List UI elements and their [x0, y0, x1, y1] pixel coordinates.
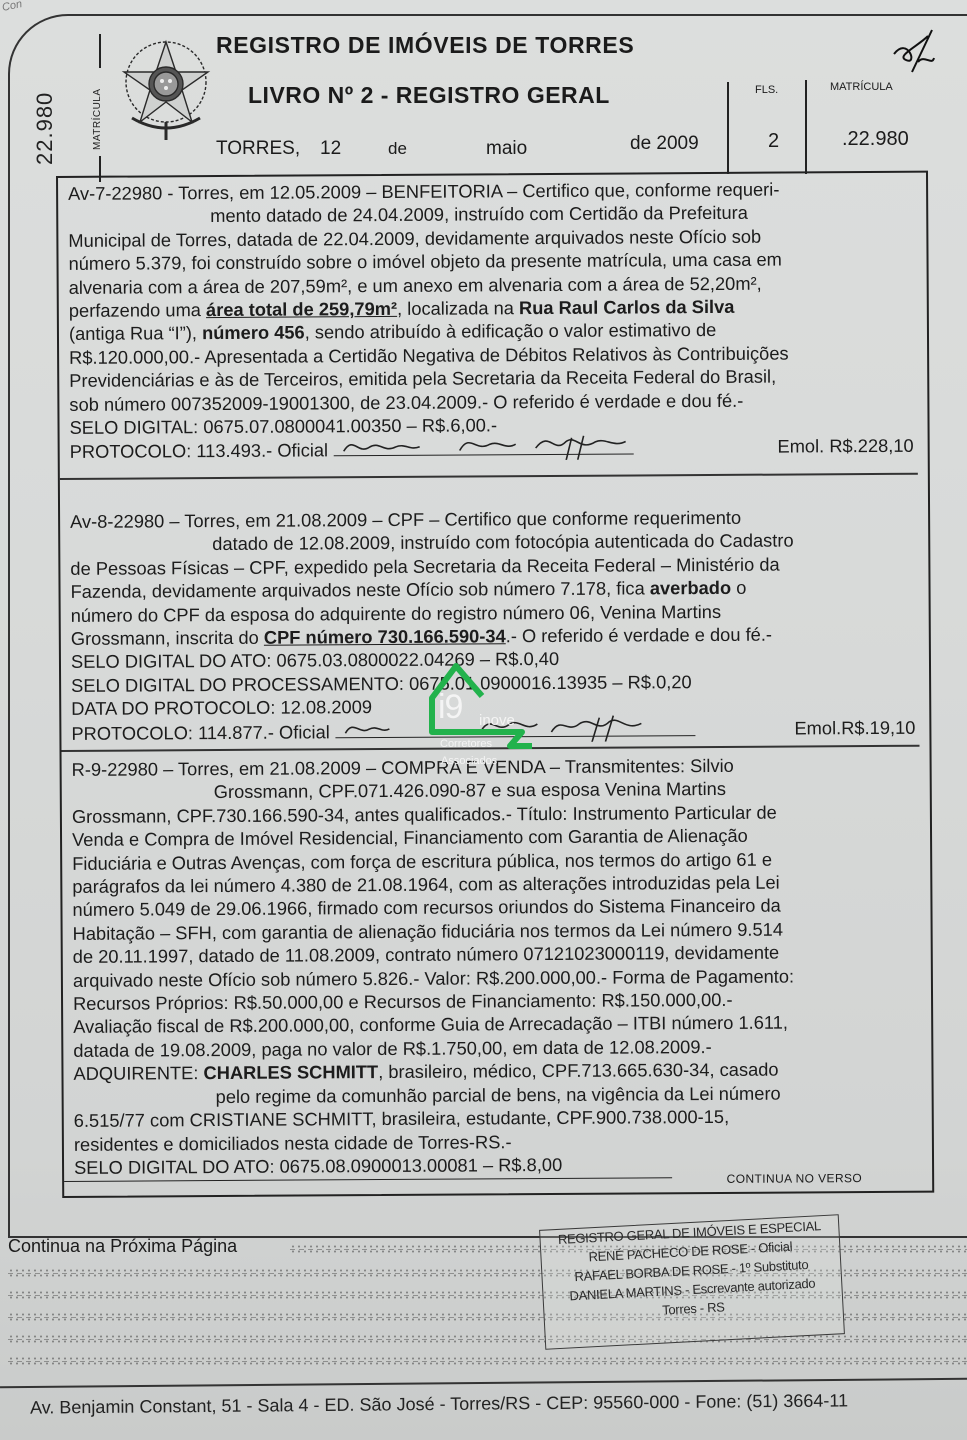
entry-r9: R-9-22980 – Torres, em 21.08.2009 – COMP… [72, 753, 919, 1179]
watermark-brand: i9 [438, 688, 462, 727]
av7-emolumentos: Emol. R$.228,10 [777, 434, 913, 458]
footer-divider [0, 1378, 967, 1388]
side-matricula-number: 22.980 [32, 92, 58, 165]
fls-label: FLS. [755, 84, 778, 96]
side-divider-top [99, 34, 101, 68]
av7-protocolo-row: PROTOCOLO: 113.493.- Oficial Emol. R$.22… [70, 434, 914, 464]
date-de: de [388, 139, 407, 159]
date-city: TORRES, [216, 138, 300, 160]
matricula-value: .22.980 [842, 128, 909, 151]
side-matricula-label: MATRÍCULA [92, 88, 103, 150]
watermark-brand-word: inove [479, 712, 515, 729]
street-number: número 456 [202, 322, 305, 344]
entry-av7: Av-7-22980 - Torres, em 12.05.2009 – BEN… [68, 177, 914, 464]
av8-emolumentos: Emol.R$.19,10 [794, 715, 915, 739]
matricula-label: MATRÍCULA [830, 81, 893, 93]
header-divider-2 [805, 80, 807, 174]
watermark-tagline: Associados [441, 755, 497, 767]
continua-no-verso: CONTINUA NO VERSO [727, 1171, 863, 1186]
fill-dots [8, 1334, 967, 1344]
fls-value: 2 [768, 130, 779, 153]
registry-title: REGISTRO DE IMÓVEIS DE TORRES [216, 32, 634, 59]
fill-dots [8, 1356, 967, 1366]
book-title: LIVRO Nº 2 - REGISTRO GERAL [248, 82, 610, 109]
buyer-name: CHARLES SCHMITT [203, 1061, 378, 1083]
registry-stamp: REGISTRO GERAL DE IMÓVEIS E ESPECIAL REN… [539, 1214, 845, 1350]
total-area: área total de 259,79m² [206, 298, 397, 320]
date-year: de 2009 [630, 133, 699, 155]
watermark-tagline: Corretores [440, 738, 492, 750]
header-divider-1 [727, 82, 729, 174]
footer-address: Av. Benjamin Constant, 51 - Sala 4 - ED.… [30, 1390, 848, 1418]
corner-handwriting: Con [1, 0, 23, 14]
coat-of-arms-icon [118, 34, 214, 142]
initials-signature [888, 26, 938, 78]
continua-proxima-pagina: Continua na Próxima Página [8, 1236, 237, 1257]
street-name: Rua Raul Carlos da Silva [519, 296, 735, 318]
date-day: 12 [320, 138, 341, 160]
entry-separator [60, 473, 918, 480]
official-signature [333, 436, 633, 457]
cpf-number: CPF número 730.166.590-34 [264, 625, 506, 647]
date-month: maio [486, 138, 527, 160]
